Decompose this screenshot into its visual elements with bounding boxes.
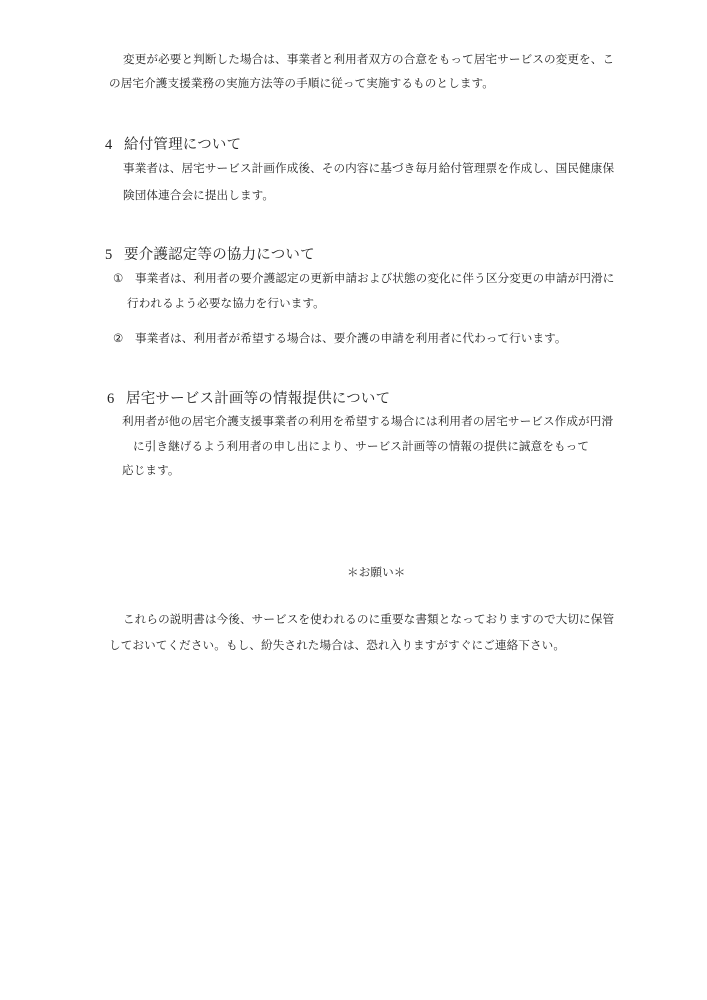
document-page: 変更が必要と判断した場合は、事業者と利用者双方の合意をもって居宅サービスの変更を…: [0, 0, 707, 1000]
notice-body-line-2: しておいてください。もし、紛失された場合は、恐れ入りますがすぐにご連絡下さい。: [109, 639, 565, 653]
section-5-heading: 5要介護認定等の協力について: [105, 247, 315, 264]
section-5-item-2-line-1: ②事業者は、利用者が希望する場合は、要介護の申請を利用者に代わって行います。: [113, 332, 567, 346]
section-6-body-line-3: 応じます。: [122, 464, 180, 478]
section-5-item-2-marker: ②: [113, 332, 135, 346]
section-4-body-line-1: 事業者は、居宅サービス計画作成後、その内容に基づき毎月給付管理票を作成し、国民健…: [123, 162, 614, 176]
section-6-title: 居宅サービス計画等の情報提供について: [126, 391, 390, 407]
section-5-item-1-text: 事業者は、利用者の要介護認定の更新申請および状態の変化に伴う区分変更の申請が円滑…: [135, 272, 614, 285]
section-5-item-2-text: 事業者は、利用者が希望する場合は、要介護の申請を利用者に代わって行います。: [135, 332, 567, 345]
section-4-heading: 4給付管理について: [105, 137, 241, 154]
intro-paragraph-line-2: の居宅介護支援業務の実施方法等の手順に従って実施するものとします。: [109, 77, 494, 91]
section-6-body-line-2: に引き継げるよう利用者の申し出により、サービス計画等の情報の提供に誠意をもって: [133, 440, 589, 454]
section-5-item-1-line-1: ①事業者は、利用者の要介護認定の更新申請および状態の変化に伴う区分変更の申請が円…: [113, 272, 614, 286]
section-5-number: 5: [105, 247, 124, 264]
notice-heading: ＊お願い＊: [347, 566, 405, 580]
section-5-title: 要介護認定等の協力について: [124, 247, 315, 263]
notice-body-line-1: これらの説明書は今後、サービスを使われるのに重要な書類となっておりますので大切に…: [123, 613, 614, 627]
section-6-heading: 6居宅サービス計画等の情報提供について: [107, 391, 390, 408]
section-4-title: 給付管理について: [124, 137, 241, 153]
section-5-item-1-line-2: 行われるよう必要な協力を行います。: [127, 297, 325, 311]
intro-paragraph-line-1: 変更が必要と判断した場合は、事業者と利用者双方の合意をもって居宅サービスの変更を…: [123, 53, 614, 67]
section-6-body-line-1: 利用者が他の居宅介護支援事業者の利用を希望する場合には利用者の居宅サービス作成が…: [122, 415, 613, 429]
section-5-item-1-marker: ①: [113, 272, 135, 286]
section-6-number: 6: [107, 391, 126, 408]
section-4-number: 4: [105, 137, 124, 154]
section-4-body-line-2: 険団体連合会に提出します。: [123, 189, 274, 203]
